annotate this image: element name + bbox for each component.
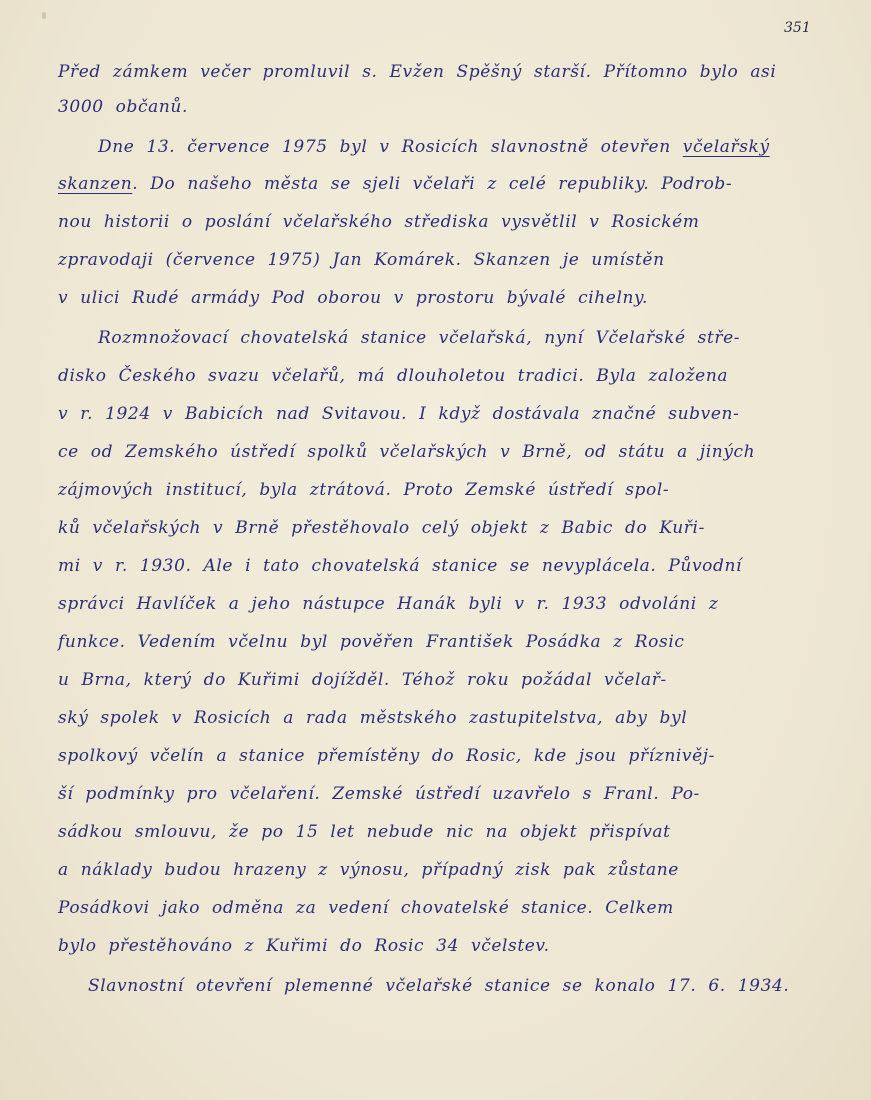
underlined-word: včelařský [683, 137, 770, 157]
text-line: funkce. Vedením včelnu byl pověřen Frant… [58, 632, 685, 652]
text-line: Slavnostní otevření plemenné včelařské s… [88, 976, 789, 996]
text-line: Dne 13. července 1975 byl v Rosicích sla… [98, 137, 770, 157]
text-line: v r. 1924 v Babicích nad Svitavou. I kdy… [58, 404, 739, 424]
text-line: zpravodaji (července 1975) Jan Komárek. … [58, 250, 665, 270]
text-line: bylo přestěhováno z Kuřimi do Rosic 34 v… [58, 936, 550, 956]
text-line: 3000 občanů. [58, 97, 188, 117]
text-line: Před zámkem večer promluvil s. Evžen Spě… [58, 62, 776, 82]
text-line: ší podmínky pro včelaření. Zemské ústřed… [58, 784, 700, 804]
page-number: 351 [784, 20, 811, 36]
text-line: u Brna, který do Kuřimi dojížděl. Téhož … [58, 670, 667, 690]
text-line: ků včelařských v Brně přestěhovalo celý … [58, 518, 705, 538]
paper-blemish [42, 12, 46, 19]
text-line: skanzen. Do našeho města se sjeli včelař… [58, 174, 732, 194]
text-segment: . Do našeho města se sjeli včelaři z cel… [132, 174, 732, 194]
text-line: nou historii o poslání včelařského střed… [58, 212, 700, 232]
text-line: disko Českého svazu včelařů, má dlouhole… [58, 366, 728, 386]
text-line: sádkou smlouvu, že po 15 let nebude nic … [58, 822, 671, 842]
text-segment: Dne 13. července 1975 byl v Rosicích sla… [98, 137, 683, 157]
text-line: ce od Zemského ústředí spolků včelařskýc… [58, 442, 755, 462]
underlined-word: skanzen [58, 174, 132, 194]
text-line: Rozmnožovací chovatelská stanice včelařs… [98, 328, 740, 348]
text-line: a náklady budou hrazeny z výnosu, případ… [58, 860, 679, 880]
manuscript-page: 351 Před zámkem večer promluvil s. Evžen… [0, 0, 871, 1100]
text-line: spolkový včelín a stanice přemístěny do … [58, 746, 715, 766]
text-line: Posádkovi jako odměna za vedení chovatel… [58, 898, 674, 918]
text-line: mi v r. 1930. Ale i tato chovatelská sta… [58, 556, 742, 576]
text-line: ský spolek v Rosicích a rada městského z… [58, 708, 687, 728]
text-line: správci Havlíček a jeho nástupce Hanák b… [58, 594, 718, 614]
text-line: zájmových institucí, byla ztrátová. Prot… [58, 480, 669, 500]
text-line: v ulici Rudé armády Pod oborou v prostor… [58, 288, 648, 308]
